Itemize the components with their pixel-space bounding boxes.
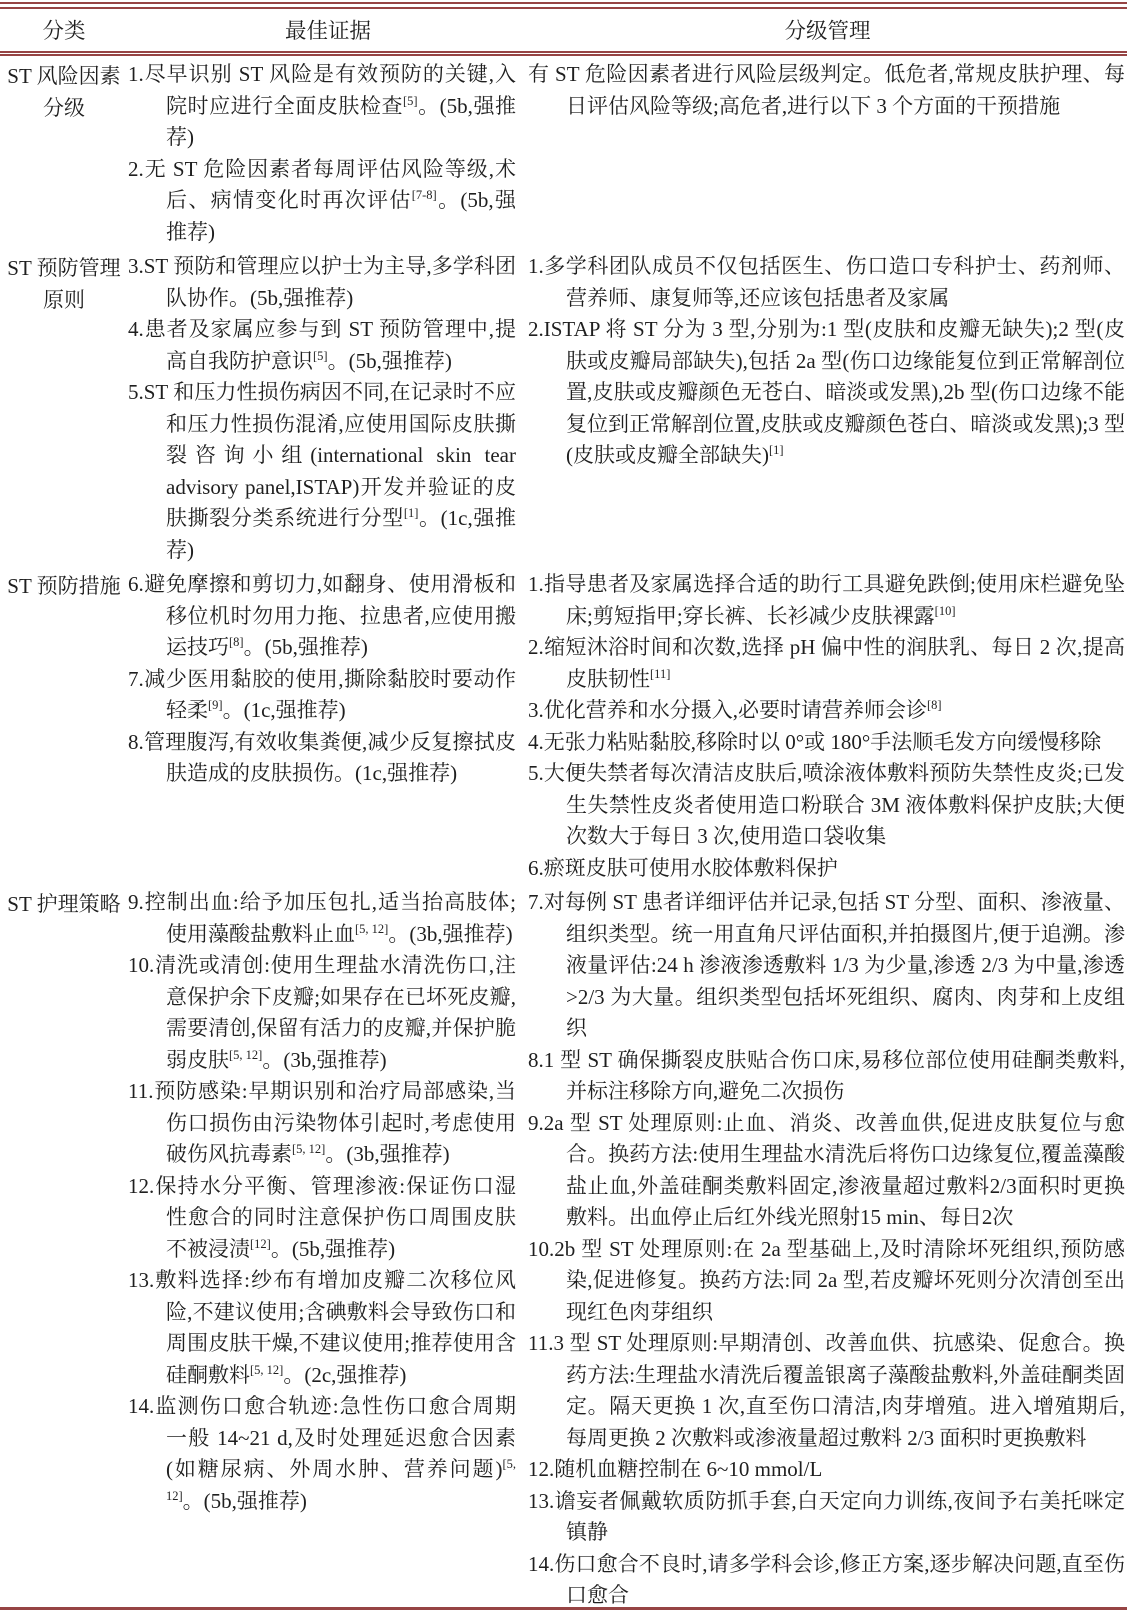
- table-item-text: 5.ST 和压力性损伤病因不同,在记录时不应和压力性损伤混淆,应使用国际皮肤撕裂…: [128, 377, 516, 566]
- table-bottom-rule: [0, 1607, 1127, 1610]
- management-cell: 1.指导患者及家属选择合适的助行工具避免跌倒;使用床栏避免坠床;剪短指甲;穿长裤…: [528, 566, 1127, 884]
- table-item-text: 13.谵妄者佩戴软质防抓手套,白天定向力训练,夜间予右美托咪定镇静: [528, 1486, 1125, 1549]
- table-item-text: 13.敷料选择:纱布有增加皮瓣二次移位风险,不建议使用;含碘敷料会导致伤口和周围…: [128, 1265, 516, 1391]
- table-item-text: 10.清洗或清创:使用生理盐水清洗伤口,注意保护余下皮瓣;如果存在已坏死皮瓣,需…: [128, 950, 516, 1076]
- table-item-text: 2.无 ST 危险因素者每周评估风险等级,术后、病情变化时再次评估[7-8]。(…: [128, 154, 516, 249]
- table-item-text: 10.2b 型 ST 处理原则:在 2a 型基础上,及时清除坏死组织,预防感染,…: [528, 1234, 1125, 1329]
- table-item-text: 11.3 型 ST 处理原则:早期清创、改善血供、抗感染、促愈合。换药方法:生理…: [528, 1328, 1125, 1454]
- table-item-text: 3.ST 预防和管理应以护士为主导,多学科团队协作。(5b,强推荐): [128, 251, 516, 314]
- category-cell: ST 风险因素 分级: [0, 54, 128, 249]
- reference-superscript: [5]: [403, 94, 418, 108]
- reference-superscript: [1]: [404, 506, 419, 520]
- category-cell: ST 预防措施: [0, 566, 128, 884]
- reference-superscript: [5, 12]: [229, 1048, 262, 1062]
- category-cell: ST 预防管理 原则: [0, 248, 128, 566]
- header-row: 分类 最佳证据 分级管理: [0, 9, 1127, 54]
- table-top-rule: [0, 2, 1127, 9]
- reference-superscript: [11]: [650, 667, 670, 681]
- table-row: ST 预防管理 原则3.ST 预防和管理应以护士为主导,多学科团队协作。(5b,…: [0, 248, 1127, 566]
- table-item-text: 9.2a 型 ST 处理原则:止血、消炎、改善血供,促进皮肤复位与愈合。换药方法…: [528, 1108, 1125, 1234]
- table-item-text: 2.ISTAP 将 ST 分为 3 型,分别为:1 型(皮肤和皮瓣无缺失);2 …: [528, 314, 1125, 472]
- table-item-text: 4.患者及家属应参与到 ST 预防管理中,提高自我防护意识[5]。(5b,强推荐…: [128, 314, 516, 377]
- table-item-text: 12.随机血糖控制在 6~10 mmol/L: [528, 1454, 1125, 1486]
- table-item-text: 6.避免摩擦和剪切力,如翻身、使用滑板和移位机时勿用力拖、拉患者,应使用搬运技巧…: [128, 569, 516, 664]
- reference-superscript: [1]: [769, 443, 784, 457]
- table-item-text: 1.尽早识别 ST 风险是有效预防的关键,入院时应进行全面皮肤检查[5]。(5b…: [128, 59, 516, 154]
- table-item-text: 3.优化营养和水分摄入,必要时请营养师会诊[8]: [528, 695, 1125, 727]
- table-row: ST 风险因素 分级1.尽早识别 ST 风险是有效预防的关键,入院时应进行全面皮…: [0, 54, 1127, 249]
- table-item-text: 2.缩短沐浴时间和次数,选择 pH 偏中性的润肤乳、每日 2 次,提高皮肤韧性[…: [528, 632, 1125, 695]
- table-item-text: 1.指导患者及家属选择合适的助行工具避免跌倒;使用床栏避免坠床;剪短指甲;穿长裤…: [528, 569, 1125, 632]
- reference-superscript: [9]: [208, 698, 223, 712]
- reference-superscript: [7-8]: [412, 188, 437, 202]
- reference-superscript: [8]: [927, 698, 942, 712]
- table-item-text: 4.无张力粘贴黏胶,移除时以 0°或 180°手法顺毛发方向缓慢移除: [528, 727, 1125, 759]
- table-item-text: 12.保持水分平衡、管理渗液:保证伤口湿性愈合的同时注意保护伤口周围皮肤不被浸渍…: [128, 1171, 516, 1266]
- management-cell: 7.对每例 ST 患者详细评估并记录,包括 ST 分型、面积、渗液量、组织类型。…: [528, 884, 1127, 1612]
- table-row: ST 预防措施6.避免摩擦和剪切力,如翻身、使用滑板和移位机时勿用力拖、拉患者,…: [0, 566, 1127, 884]
- table-row: ST 护理策略9.控制出血:给予加压包扎,适当抬高肢体;使用藻酸盐敷料止血[5,…: [0, 884, 1127, 1612]
- table-item-text: 8.管理腹泻,有效收集粪便,减少反复擦拭皮肤造成的皮肤损伤。(1c,强推荐): [128, 727, 516, 790]
- table-item-text: 14.监测伤口愈合轨迹:急性伤口愈合周期一般 14~21 d,及时处理延迟愈合因…: [128, 1391, 516, 1517]
- table-item-text: 14.伤口愈合不良时,请多学科会诊,修正方案,逐步解决问题,直至伤口愈合: [528, 1549, 1125, 1612]
- reference-superscript: [5, 12]: [292, 1142, 325, 1156]
- evidence-cell: 3.ST 预防和管理应以护士为主导,多学科团队协作。(5b,强推荐)4.患者及家…: [128, 248, 528, 566]
- reference-superscript: [5, 12]: [355, 922, 388, 936]
- header-best-evidence: 最佳证据: [128, 9, 528, 54]
- table-item-text: 1.多学科团队成员不仅包括医生、伤口造口专科护士、药剂师、营养师、康复师等,还应…: [528, 251, 1125, 314]
- table-item-text: 7.减少医用黏胶的使用,撕除黏胶时要动作轻柔[9]。(1c,强推荐): [128, 664, 516, 727]
- header-graded-management: 分级管理: [528, 9, 1127, 54]
- category-cell: ST 护理策略: [0, 884, 128, 1612]
- table-item-text: 7.对每例 ST 患者详细评估并记录,包括 ST 分型、面积、渗液量、组织类型。…: [528, 887, 1125, 1045]
- table-item-text: 11.预防感染:早期识别和治疗局部感染,当伤口损伤由污染物体引起时,考虑使用破伤…: [128, 1076, 516, 1171]
- reference-superscript: [10]: [935, 604, 956, 618]
- evidence-cell: 9.控制出血:给予加压包扎,适当抬高肢体;使用藻酸盐敷料止血[5, 12]。(3…: [128, 884, 528, 1612]
- evidence-table: 分类 最佳证据 分级管理 ST 风险因素 分级1.尽早识别 ST 风险是有效预防…: [0, 9, 1127, 1612]
- reference-superscript: [8]: [229, 635, 244, 649]
- table-item-text: 9.控制出血:给予加压包扎,适当抬高肢体;使用藻酸盐敷料止血[5, 12]。(3…: [128, 887, 516, 950]
- reference-superscript: [12]: [250, 1237, 271, 1251]
- reference-superscript: [5, 12]: [166, 1457, 516, 1503]
- header-category: 分类: [0, 9, 128, 54]
- table-body: ST 风险因素 分级1.尽早识别 ST 风险是有效预防的关键,入院时应进行全面皮…: [0, 54, 1127, 1612]
- table-item-text: 8.1 型 ST 确保撕裂皮肤贴合伤口床,易移位部位使用硅酮类敷料,并标注移除方…: [528, 1045, 1125, 1108]
- table-item-text: 有 ST 危险因素者进行风险层级判定。低危者,常规皮肤护理、每日评估风险等级;高…: [528, 59, 1125, 122]
- table-item-text: 5.大便失禁者每次清洁皮肤后,喷涂液体敷料预防失禁性皮炎;已发生失禁性皮炎者使用…: [528, 758, 1125, 853]
- paper-table-page: 分类 最佳证据 分级管理 ST 风险因素 分级1.尽早识别 ST 风险是有效预防…: [0, 0, 1127, 1612]
- reference-superscript: [5]: [313, 349, 328, 363]
- table-item-text: 6.瘀斑皮肤可使用水胶体敷料保护: [528, 853, 1125, 885]
- evidence-cell: 1.尽早识别 ST 风险是有效预防的关键,入院时应进行全面皮肤检查[5]。(5b…: [128, 54, 528, 249]
- management-cell: 有 ST 危险因素者进行风险层级判定。低危者,常规皮肤护理、每日评估风险等级;高…: [528, 54, 1127, 249]
- reference-superscript: [5, 12]: [250, 1363, 283, 1377]
- evidence-cell: 6.避免摩擦和剪切力,如翻身、使用滑板和移位机时勿用力拖、拉患者,应使用搬运技巧…: [128, 566, 528, 884]
- management-cell: 1.多学科团队成员不仅包括医生、伤口造口专科护士、药剂师、营养师、康复师等,还应…: [528, 248, 1127, 566]
